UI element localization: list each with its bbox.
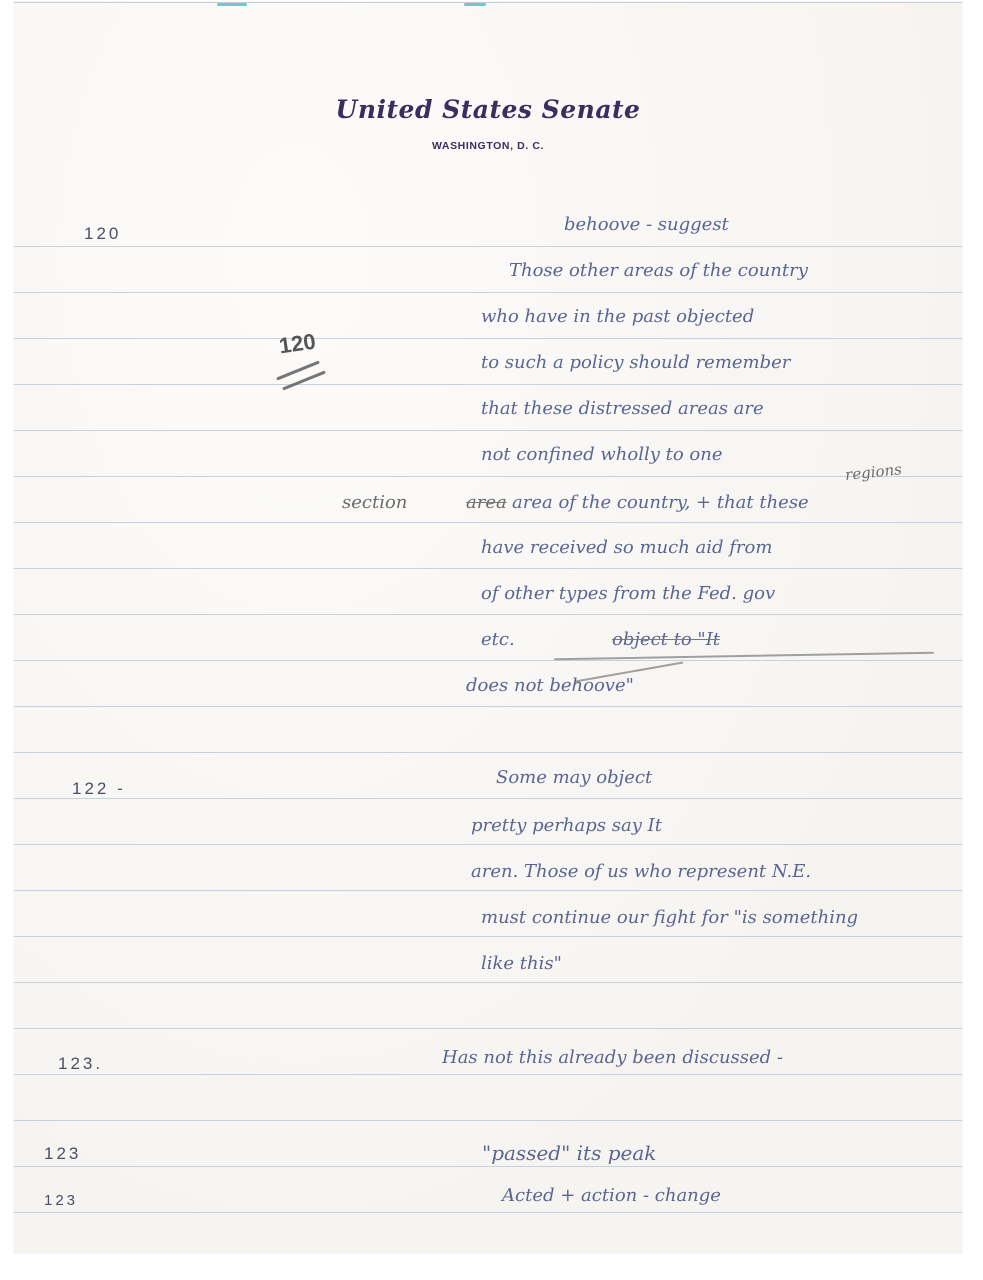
handwritten-line: "passed" its peak xyxy=(482,1143,656,1163)
pencil-insert-word: regions xyxy=(844,462,902,483)
margin-insert-word: section xyxy=(342,494,407,512)
handwritten-line: Those other areas of the country xyxy=(509,262,808,280)
handwritten-line: area of the country, + that these xyxy=(512,494,809,512)
rule-line xyxy=(14,1120,962,1121)
letterhead-title: United States Senate xyxy=(14,95,962,124)
rule-line xyxy=(14,1212,962,1213)
handwritten-line: Some may object xyxy=(496,769,652,787)
page-ref-123-a: 123. xyxy=(58,1055,103,1072)
rule-line xyxy=(14,246,962,247)
paper-edge-mark xyxy=(217,3,247,6)
handwritten-line: does not behoove" xyxy=(466,677,634,695)
page-ref-123-c: 123 xyxy=(44,1193,78,1208)
handwritten-line: pretty perhaps say It xyxy=(471,817,662,835)
rule-line xyxy=(14,660,962,661)
rule-line xyxy=(14,614,962,615)
rule-line xyxy=(14,752,962,753)
letterhead-subtitle: WASHINGTON, D. C. xyxy=(14,140,962,152)
struck-phrase: object to "It xyxy=(612,631,720,649)
handwritten-line: Acted + action - change xyxy=(502,1187,721,1205)
rule-line xyxy=(14,568,962,569)
rule-line xyxy=(14,844,962,845)
rule-line xyxy=(14,890,962,891)
rule-line xyxy=(14,1028,962,1029)
margin-mark-label: 120 xyxy=(278,331,317,358)
handwritten-line: must continue our fight for "is somethin… xyxy=(481,909,858,927)
rule-line xyxy=(14,384,962,385)
handwritten-line: have received so much aid from xyxy=(481,539,772,557)
handwritten-line: to such a policy should remember xyxy=(481,354,790,372)
handwritten-line: behoove - suggest xyxy=(564,216,729,234)
page-ref-123-b: 123 xyxy=(44,1145,81,1162)
rule-line xyxy=(14,798,962,799)
rule-line xyxy=(14,1074,962,1075)
paper-edge-mark xyxy=(464,3,486,6)
rule-line xyxy=(14,982,962,983)
rule-line xyxy=(14,522,962,523)
struck-word: area xyxy=(466,494,507,512)
handwritten-line: that these distressed areas are xyxy=(481,400,764,418)
handwritten-line: Has not this already been discussed - xyxy=(442,1049,783,1067)
handwritten-line: etc. xyxy=(481,631,515,649)
letter-page: United States Senate WASHINGTON, D. C. 1… xyxy=(14,2,962,1253)
handwritten-line: aren. Those of us who represent N.E. xyxy=(471,863,811,881)
handwritten-line: who have in the past objected xyxy=(481,308,754,326)
handwritten-line: of other types from the Fed. gov xyxy=(481,585,775,603)
rule-line xyxy=(14,292,962,293)
handwritten-line: not confined wholly to one xyxy=(481,446,723,464)
pencil-margin-mark: 120 xyxy=(279,333,339,393)
page-ref-122: 122 - xyxy=(72,780,126,797)
rule-line xyxy=(14,706,962,707)
handwritten-line: like this" xyxy=(481,955,562,973)
rule-line xyxy=(14,476,962,477)
rule-line xyxy=(14,430,962,431)
rule-line xyxy=(14,1166,962,1167)
page-ref-120: 120 xyxy=(84,225,121,242)
rule-line xyxy=(14,936,962,937)
rule-line xyxy=(14,338,962,339)
